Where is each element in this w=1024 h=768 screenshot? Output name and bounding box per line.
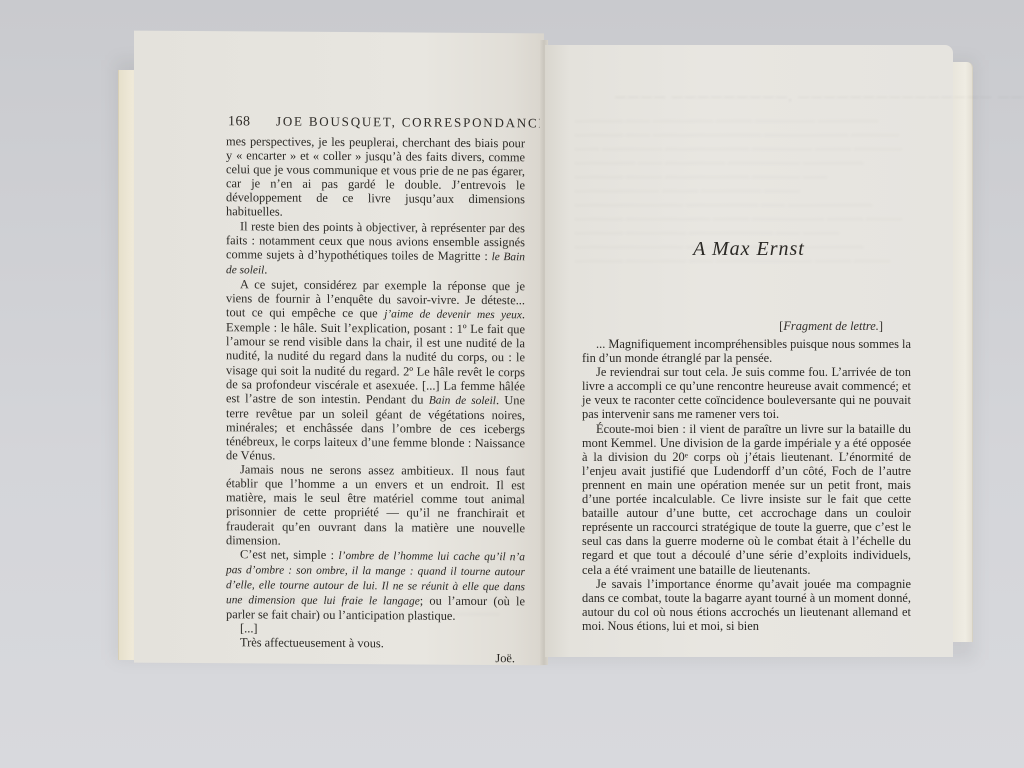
chapter-title: A Max Ernst [545,238,953,261]
text-run: Il reste bien des points à objectiver, à… [226,219,525,263]
running-head: 168 JOE BOUSQUET, CORRESPONDANCE [228,113,528,132]
left-page: 168 JOE BOUSQUET, CORRESPONDANCE mes per… [134,31,544,666]
paragraph: Jamais nous ne serons assez ambitieux. I… [226,462,525,549]
show-through-text: ——— ——————— ——— —————— ———— ——— ————— ——… [226,576,526,618]
paragraph: Il reste bien des points à objectiver, à… [226,219,525,279]
fragment-note: [Fragment de lettre.] [779,319,883,334]
text-run: [...] [240,621,258,635]
signature: Joë. [226,650,525,666]
paragraph: A ce sujet, considérez par exemple la ré… [226,277,525,464]
paragraph: mes perspectives, je les peuplerai, cher… [226,134,525,221]
text-run: Je savais l’importance énorme qu’avait j… [582,577,911,633]
text-run: mes perspectives, je les peuplerai, cher… [226,134,525,219]
text-run: ... Magnifiquement incompréhensibles pui… [582,337,911,365]
show-through-running-head: ———— —————————, ——————————————— ——— [615,91,935,103]
book-cover-edge-right [950,62,973,642]
text-run: . [264,262,267,276]
italic-text: Bain de soleil [429,394,496,406]
right-page: ———— —————————, ——————————————— ——— ————… [545,45,953,657]
paragraph: Écoute-moi bien : il vient de paraître u… [582,422,911,577]
text-run: Jamais nous ne serons assez ambitieux. I… [226,462,525,547]
text-run: Écoute-moi bien : il vient de paraître u… [582,422,911,577]
right-page-body: ... Magnifiquement incompréhensibles pui… [582,337,911,633]
page-number: 168 [228,114,251,129]
paragraph: Je savais l’importance énorme qu’avait j… [582,577,911,633]
text-run: Je reviendrai sur tout cela. Je suis com… [582,365,911,421]
paragraph: Je reviendrai sur tout cela. Je suis com… [582,365,911,421]
paragraph: Très affectueusement à vous. [226,635,525,651]
italic-text: j’aime de devenir mes yeux [384,308,522,321]
paragraph: ... Magnifiquement incompréhensibles pui… [582,337,911,365]
fragment-note-text: Fragment de lettre. [783,319,879,333]
bracket-close: ] [879,319,883,333]
text-run: . Exemple : le hâle. Suit l’explication,… [226,307,525,406]
text-run: C’est net, simple : [240,547,339,562]
running-head-title: JOE BOUSQUET, CORRESPONDANCE [276,114,548,131]
text-run: Très affectueusement à vous. [240,636,384,651]
